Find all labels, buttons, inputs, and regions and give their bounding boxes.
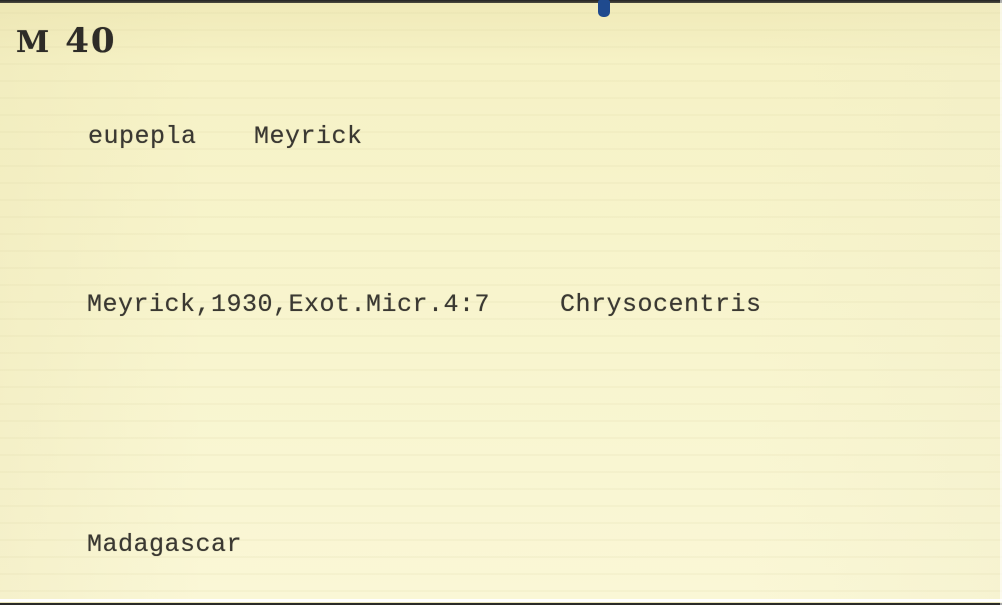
blue-tab-marker (598, 0, 610, 17)
locality: Madagascar (87, 530, 242, 560)
catalog-number: M40 (16, 21, 117, 61)
species-epithet: eupepla (88, 122, 197, 152)
catalog-number-value: 40 (65, 21, 116, 61)
original-genus: Chrysocentris (560, 290, 762, 320)
catalog-prefix: M (16, 25, 49, 60)
index-card: M40 eupepla Meyrick Meyrick,1930,Exot.Mi… (0, 3, 1002, 603)
species-author: Meyrick (254, 122, 363, 152)
literature-citation: Meyrick,1930,Exot.Micr.4:7 (87, 290, 490, 320)
